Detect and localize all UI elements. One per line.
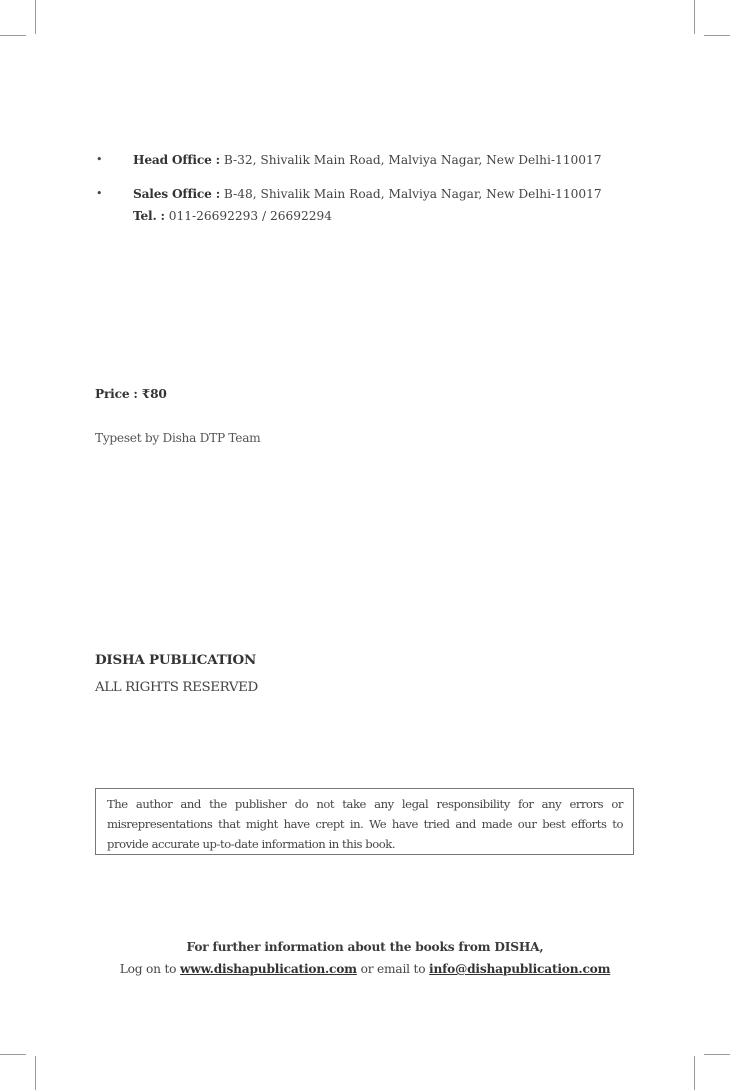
price: Price : ₹80 [95, 387, 167, 401]
typeset-credit: Typeset by Disha DTP Team [95, 431, 260, 445]
crop-mark-bottom-right-horizontal [704, 1054, 730, 1055]
price-amount: 80 [150, 387, 167, 401]
crop-mark-top-left-horizontal [0, 35, 26, 36]
bullet-icon: • [96, 152, 103, 168]
head-office-label: Head Office : [133, 153, 220, 167]
telephone-label: Tel. : [133, 209, 165, 223]
crop-mark-top-right-horizontal [704, 35, 730, 36]
crop-mark-bottom-left-vertical [35, 1056, 36, 1090]
telephone-number: 011-26692293 / 26692294 [169, 209, 332, 223]
footer-info-line: For further information about the books … [0, 940, 730, 954]
crop-mark-bottom-right-vertical [694, 1056, 695, 1090]
rights-statement: ALL RIGHTS RESERVED [95, 680, 258, 695]
email-link[interactable]: info@dishapublication.com [429, 962, 610, 976]
footer-contact-line: Log on to www.dishapublication.com or em… [0, 962, 730, 976]
telephone-line: Tel. : 011-26692293 / 26692294 [133, 208, 602, 224]
logon-prefix: Log on to [120, 962, 177, 976]
crop-mark-top-right-vertical [694, 0, 695, 34]
publisher-name: DISHA PUBLICATION [95, 652, 256, 668]
website-link[interactable]: www.dishapublication.com [180, 962, 357, 976]
sales-office-label: Sales Office : [133, 187, 220, 201]
disclaimer-box: The author and the publisher do not take… [95, 788, 634, 855]
sales-office-address: B-48, Shivalik Main Road, Malviya Nagar,… [224, 187, 602, 201]
head-office-address: B-32, Shivalik Main Road, Malviya Nagar,… [224, 153, 602, 167]
crop-mark-bottom-left-horizontal [0, 1054, 26, 1055]
email-prefix: or email to [361, 962, 426, 976]
bullet-icon: • [96, 186, 103, 202]
rupee-icon: ₹ [142, 387, 150, 401]
crop-mark-top-left-vertical [35, 0, 36, 34]
price-label: Price : [95, 387, 138, 401]
